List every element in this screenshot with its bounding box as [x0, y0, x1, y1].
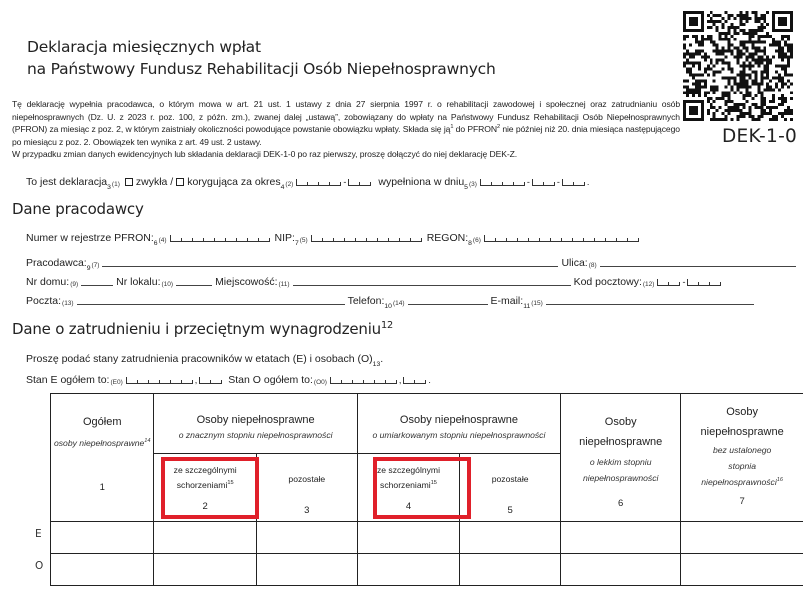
stan-o-decimal-input[interactable] — [403, 377, 426, 384]
email-input[interactable] — [546, 295, 754, 305]
regular-checkbox[interactable] — [125, 178, 133, 186]
form-title-line2: na Państwowy Fundusz Rehabilitacji Osób … — [27, 58, 496, 80]
position-number: (15) — [531, 300, 543, 307]
col6-subtitle: o lekkim stopniu niepełnosprawności — [561, 454, 680, 486]
moderate-group-header: Osoby niepełnosprawne o umiarkowanym sto… — [357, 394, 560, 454]
separator: - — [527, 177, 530, 187]
postal-code-label: Kod pocztowy: — [574, 276, 642, 288]
col6-header: Osoby niepełnosprawne o lekkim stopniu n… — [561, 394, 681, 522]
cell-o-3[interactable] — [256, 554, 357, 586]
col6-title: Osoby niepełnosprawne — [561, 412, 680, 452]
employment-heading: Dane o zatrudnieniu i przeciętnym wynagr… — [12, 320, 393, 338]
house-number-label: Nr domu: — [26, 276, 69, 288]
separator: - — [343, 177, 346, 187]
cell-e-5[interactable] — [460, 522, 561, 554]
postal-code-suffix-input[interactable] — [687, 279, 721, 286]
cell-o-4[interactable] — [357, 554, 459, 586]
row-label-o: O — [35, 560, 43, 572]
pfron-number-label: Numer w rejestrze PFRON: — [26, 232, 154, 244]
group-subtitle: o znacznym stopniu niepełnosprawności — [154, 430, 356, 440]
stan-e-decimal-input[interactable] — [199, 377, 222, 384]
apartment-number-label: Nr lokalu: — [116, 276, 160, 288]
email-label: E-mail: — [491, 295, 524, 307]
regon-input[interactable] — [484, 235, 639, 242]
row-label-e: E — [35, 528, 42, 540]
separator: - — [682, 277, 685, 287]
employment-totals-row: Stan E ogółem to: (E0) , Stan O ogółem t… — [26, 374, 432, 386]
separator: , — [195, 375, 198, 385]
intro-text-segment: do PFRON — [453, 124, 497, 134]
highlight-box-col2 — [161, 457, 259, 519]
col-number: 6 — [561, 498, 680, 509]
separator: - — [557, 177, 560, 187]
postal-code-prefix-input[interactable] — [657, 279, 680, 286]
position-number: (3) — [469, 181, 477, 188]
cell-o-1[interactable] — [51, 554, 154, 586]
position-number: (4) — [159, 237, 167, 244]
col7-header: Osoby niepełnosprawne bez ustalonego sto… — [681, 394, 803, 522]
regon-label: REGON: — [427, 232, 468, 244]
col7-title: Osoby niepełnosprawne — [681, 402, 803, 442]
position-number: (11) — [279, 281, 290, 288]
significant-group-header: Osoby niepełnosprawne o znacznym stopniu… — [154, 394, 357, 454]
col1-title: Ogółem — [51, 416, 153, 428]
col-number: 1 — [51, 482, 153, 493]
position-number: (7) — [92, 262, 100, 269]
period-month-input[interactable] — [348, 179, 371, 186]
col7-subtitle: bez ustalonego stopnia niepełnosprawnośc… — [681, 442, 803, 490]
filled-year-input[interactable] — [480, 179, 525, 186]
position-number: (O0) — [314, 379, 327, 386]
regular-option-label: zwykła / — [136, 176, 173, 188]
footnote-ref: 12 — [381, 320, 393, 331]
separator: , — [399, 375, 402, 385]
instruction-text: Proszę podać stany zatrudnienia pracowni… — [26, 353, 373, 365]
col5-header: pozostałe 5 — [460, 454, 561, 522]
col3-header: pozostałe 3 — [256, 454, 357, 522]
declaration-label: To jest deklaracja — [26, 176, 107, 188]
city-input[interactable] — [293, 276, 571, 286]
cell-o-5[interactable] — [460, 554, 561, 586]
employer-name-input[interactable] — [102, 257, 558, 267]
employer-heading: Dane pracodawcy — [12, 200, 144, 218]
cell-e-3[interactable] — [256, 522, 357, 554]
form-title: Deklaracja miesięcznych wpłat na Państwo… — [27, 36, 496, 80]
post-office-input[interactable] — [77, 295, 345, 305]
employment-instruction: Proszę podać stany zatrudnienia pracowni… — [26, 353, 383, 365]
contact-row: Poczta: (13) Telefon:10 (14) E-mail:11 (… — [26, 295, 757, 307]
intro-paragraph-2: W przypadku zmian danych ewidencyjnych l… — [12, 148, 680, 161]
group-title: Osoby niepełnosprawne — [154, 414, 356, 426]
separator: . — [428, 375, 431, 385]
correcting-checkbox[interactable] — [176, 178, 184, 186]
group-subtitle: o umiarkowanym stopniu niepełnosprawnośc… — [358, 430, 560, 440]
cell-o-2[interactable] — [154, 554, 256, 586]
separator: . — [587, 177, 590, 187]
col1-header: Ogółem osoby niepełnosprawne14 1 — [51, 394, 154, 522]
nip-label: NIP: — [275, 232, 295, 244]
stan-e-integer-input[interactable] — [126, 377, 193, 384]
position-number: (5) — [300, 237, 308, 244]
stan-o-label: Stan O ogółem to: — [228, 374, 313, 386]
address-row: Nr domu: (9) Nr lokalu: (10) Miejscowość… — [26, 276, 722, 288]
intro-text: Tę deklarację wypełnia pracodawca, o któ… — [12, 98, 680, 161]
col-number: 5 — [460, 505, 560, 516]
qr-code-icon — [683, 11, 793, 121]
employment-heading-text: Dane o zatrudnieniu i przeciętnym wynagr… — [12, 320, 381, 338]
employer-name-row: Pracodawca:9 (7) Ulica: (8) — [26, 257, 799, 269]
stan-e-label: Stan E ogółem to: — [26, 374, 109, 386]
position-number: (9) — [70, 281, 78, 288]
city-label: Miejscowość: — [215, 276, 277, 288]
other-label: pozostałe — [460, 472, 560, 487]
col1-subtitle: osoby niepełnosprawne14 — [51, 434, 153, 452]
employer-name-label: Pracodawca: — [26, 257, 87, 269]
cell-e-4[interactable] — [357, 522, 459, 554]
position-number: (1) — [112, 181, 120, 188]
street-label: Ulica: — [561, 257, 587, 269]
filled-date-label: wypełniona w dniu — [378, 176, 464, 188]
employer-ids-row: Numer w rejestrze PFRON:6 (4) NIP:7 (5) … — [26, 232, 640, 244]
col-number: 7 — [681, 496, 803, 507]
cell-o-7[interactable] — [681, 554, 803, 586]
cell-o-6[interactable] — [561, 554, 681, 586]
other-label: pozostałe — [257, 472, 357, 487]
filled-month-input[interactable] — [532, 179, 555, 186]
stan-o-integer-input[interactable] — [330, 377, 397, 384]
nip-input[interactable] — [311, 235, 422, 242]
phone-input[interactable] — [408, 295, 488, 305]
form-code: DEK-1-0 — [722, 126, 797, 147]
highlight-box-col4 — [373, 457, 471, 519]
position-number: (8) — [589, 262, 597, 269]
cell-e-1[interactable] — [51, 522, 154, 554]
pfron-number-input[interactable] — [170, 235, 270, 242]
phone-label: Telefon: — [348, 295, 385, 307]
apartment-number-input[interactable] — [176, 276, 212, 286]
cell-e-2[interactable] — [154, 522, 256, 554]
period-year-input[interactable] — [296, 179, 341, 186]
position-number: (13) — [62, 300, 74, 307]
col-number: 3 — [257, 505, 357, 516]
group-title: Osoby niepełnosprawne — [358, 414, 560, 426]
position-number: (2) — [285, 181, 293, 188]
position-number: (12) — [643, 281, 655, 288]
correcting-option-label: korygująca za okres — [187, 176, 280, 188]
cell-e-6[interactable] — [561, 522, 681, 554]
position-number: (E0) — [110, 379, 122, 386]
filled-day-input[interactable] — [562, 179, 585, 186]
table-row-o — [51, 554, 803, 586]
cell-e-7[interactable] — [681, 522, 803, 554]
table-row-e — [51, 522, 803, 554]
position-number: (6) — [473, 237, 481, 244]
post-office-label: Poczta: — [26, 295, 61, 307]
separator: . — [380, 353, 383, 365]
declaration-type-row: To jest deklaracja3 (1) zwykła / koryguj… — [26, 176, 590, 188]
house-number-input[interactable] — [81, 276, 113, 286]
position-number: (10) — [162, 281, 174, 288]
street-input[interactable] — [600, 257, 796, 267]
position-number: (14) — [393, 300, 405, 307]
form-title-line1: Deklaracja miesięcznych wpłat — [27, 36, 496, 58]
